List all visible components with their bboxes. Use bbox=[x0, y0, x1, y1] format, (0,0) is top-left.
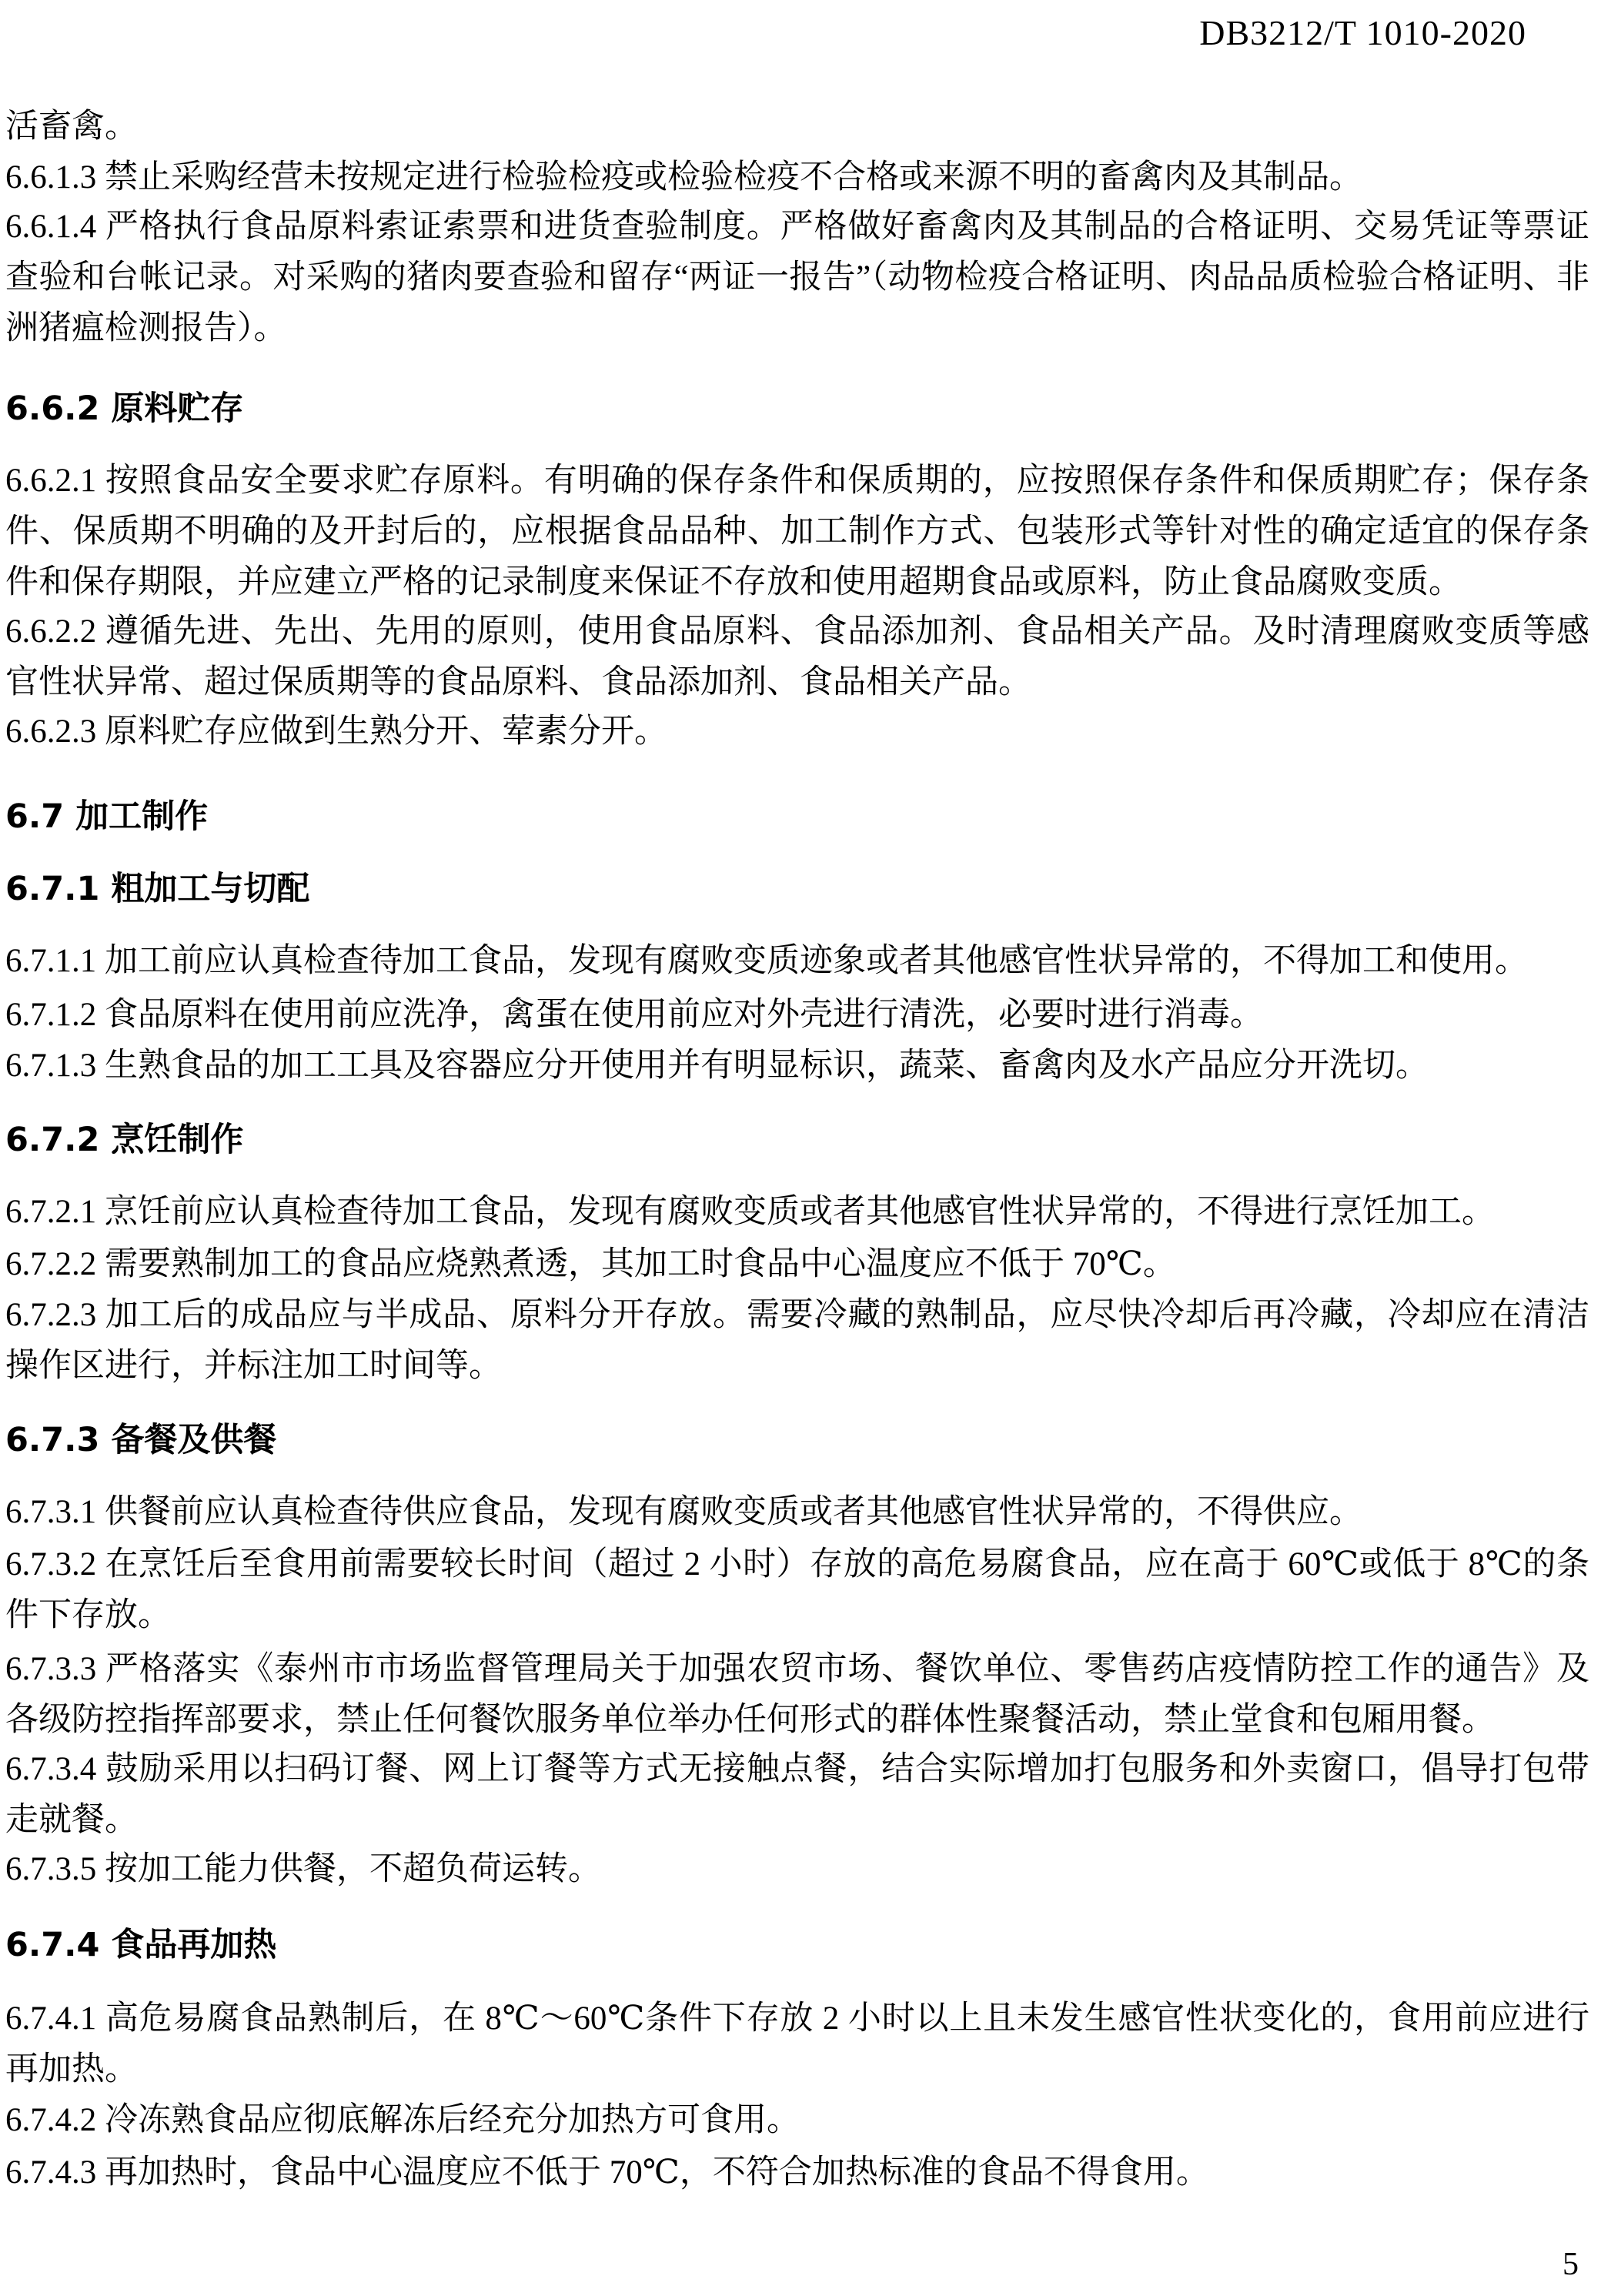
paragraph-6-6-2-1: 6.6.2.1 按照食品安全要求贮存原料。有明确的保存条件和保质期的，应按照保存… bbox=[5, 456, 1589, 608]
paragraph-6-7-2-3: 6.7.2.3 加工后的成品应与半成品、原料分开存放。需要冷藏的熟制品，应尽快冷… bbox=[5, 1290, 1589, 1392]
paragraph-continuation: 活畜禽。 bbox=[5, 102, 1589, 152]
paragraph-6-7-3-4: 6.7.3.4 鼓励采用以扫码订餐、网上订餐等方式无接触点餐，结合实际增加打包服… bbox=[5, 1744, 1589, 1846]
paragraph-6-6-2-3: 6.6.2.3 原料贮存应做到生熟分开、荤素分开。 bbox=[5, 707, 1589, 757]
paragraph-6-6-1-3: 6.6.1.3 禁止采购经营未按规定进行检验检疫或检验检疫不合格或来源不明的畜禽… bbox=[5, 152, 1589, 203]
section-heading-6-7-2: 6.7.2 烹饪制作 bbox=[5, 1115, 1589, 1165]
paragraph-6-7-3-2: 6.7.3.2 在烹饪后至食用前需要较长时间（超过 2 小时）存放的高危易腐食品… bbox=[5, 1539, 1589, 1641]
paragraph-6-6-1-4: 6.6.1.4 严格执行食品原料索证索票和进货查验制度。严格做好畜禽肉及其制品的… bbox=[5, 202, 1589, 354]
section-heading-6-7: 6.7 加工制作 bbox=[5, 791, 1589, 842]
section-heading-6-6-2: 6.6.2 原料贮存 bbox=[5, 383, 1589, 434]
section-heading-6-7-1: 6.7.1 粗加工与切配 bbox=[5, 864, 1589, 914]
paragraph-6-6-2-2: 6.6.2.2 遵循先进、先出、先用的原则，使用食品原料、食品添加剂、食品相关产… bbox=[5, 607, 1589, 708]
section-heading-6-7-4: 6.7.4 食品再加热 bbox=[5, 1920, 1589, 1970]
paragraph-6-7-4-3: 6.7.4.3 再加热时，食品中心温度应不低于 70℃，不符合加热标准的食品不得… bbox=[5, 2147, 1589, 2198]
paragraph-6-7-2-2: 6.7.2.2 需要熟制加工的食品应烧熟煮透，其加工时食品中心温度应不低于 70… bbox=[5, 1239, 1589, 1290]
paragraph-6-7-4-2: 6.7.4.2 冷冻熟食品应彻底解冻后经充分加热方可食用。 bbox=[5, 2095, 1589, 2146]
paragraph-6-7-1-2: 6.7.1.2 食品原料在使用前应洗净，禽蛋在使用前应对外壳进行清洗，必要时进行… bbox=[5, 990, 1589, 1041]
standard-number-header: DB3212/T 1010-2020 bbox=[1199, 12, 1526, 53]
page-number: 5 bbox=[1563, 2246, 1579, 2283]
paragraph-6-7-4-1: 6.7.4.1 高危易腐食品熟制后，在 8℃～60℃条件下存放 2 小时以上且未… bbox=[5, 1994, 1589, 2095]
paragraph-6-7-3-5: 6.7.3.5 按加工能力供餐，不超负荷运转。 bbox=[5, 1844, 1589, 1895]
section-heading-6-7-3: 6.7.3 备餐及供餐 bbox=[5, 1415, 1589, 1465]
paragraph-6-7-1-1: 6.7.1.1 加工前应认真检查待加工食品，发现有腐败变质迹象或者其他感官性状异… bbox=[5, 936, 1589, 987]
paragraph-6-7-1-3: 6.7.1.3 生熟食品的加工工具及容器应分开使用并有明显标识，蔬菜、畜禽肉及水… bbox=[5, 1041, 1589, 1091]
paragraph-6-7-3-1: 6.7.3.1 供餐前应认真检查待供应食品，发现有腐败变质或者其他感官性状异常的… bbox=[5, 1487, 1589, 1538]
document-page: DB3212/T 1010-2020 活畜禽。 6.6.1.3 禁止采购经营未按… bbox=[0, 0, 1611, 2296]
paragraph-6-7-2-1: 6.7.2.1 烹饪前应认真检查待加工食品，发现有腐败变质或者其他感官性状异常的… bbox=[5, 1187, 1589, 1238]
paragraph-6-7-3-3: 6.7.3.3 严格落实《泰州市市场监督管理局关于加强农贸市场、餐饮单位、零售药… bbox=[5, 1644, 1589, 1746]
